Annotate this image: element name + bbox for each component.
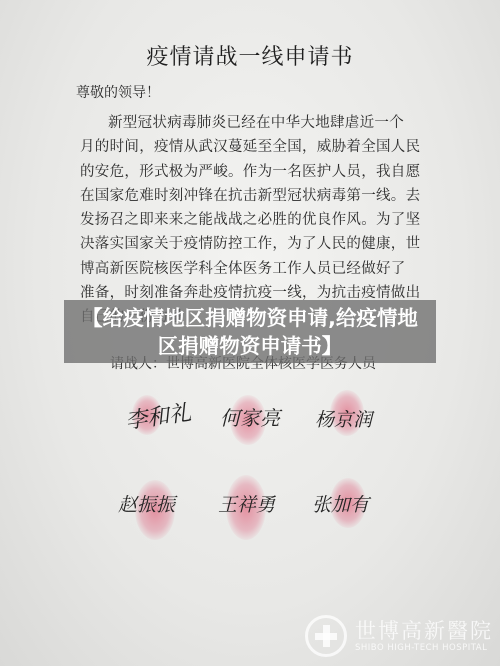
signature: 王祥勇	[218, 490, 275, 517]
signature: 张加有	[312, 490, 369, 517]
signature: 杨京润	[315, 405, 372, 432]
body-line: 在国家危难时刻冲锋在抗击新型冠状病毒第一线。去	[80, 184, 430, 208]
body-line: 发扬召之即来来之能战战之必胜的优良作风。为了坚	[80, 208, 430, 232]
body-line: 的安危，形式极为严峻。作为一名医护人员，我自愿	[80, 160, 430, 184]
signature: 李和礼	[123, 396, 193, 436]
body-line: 月的时间，疫情从武汉蔓延至全国，威胁着全国人民	[80, 135, 430, 159]
medical-cross-icon	[305, 615, 347, 657]
body-line: 新型冠状病毒肺炎已经在中华大地肆虐近一个	[80, 111, 430, 135]
watermark-name-en: SHIBO HIGH-TECH HOSPITAL	[355, 643, 487, 653]
watermark-name-cn: 世博高新醫院	[355, 615, 493, 645]
hospital-watermark: 世博高新醫院 SHIBO HIGH-TECH HOSPITAL	[305, 615, 495, 660]
signature: 何家亮	[220, 402, 280, 431]
body-line: 博高新医院核医学科全体医务工作人员已经做好了	[80, 257, 430, 281]
caption-line-2: 区捐赠物资申请书】	[64, 332, 436, 360]
body-line: 决落实国家关于疫情防控工作，为了人民的健康，世	[80, 232, 430, 256]
caption-line-1: 【给疫情地区捐赠物资申请,给疫情地	[64, 304, 436, 332]
document-body: 新型冠状病毒肺炎已经在中华大地肆虐近一个 月的时间，疫情从武汉蔓延至全国，威胁着…	[80, 111, 430, 330]
document-title: 疫情请战一线申请书	[0, 40, 500, 71]
signature: 赵振振	[118, 490, 175, 517]
caption-overlay: 【给疫情地区捐赠物资申请,给疫情地 区捐赠物资申请书】	[64, 300, 436, 363]
salutation: 尊敬的领导！	[76, 82, 160, 102]
